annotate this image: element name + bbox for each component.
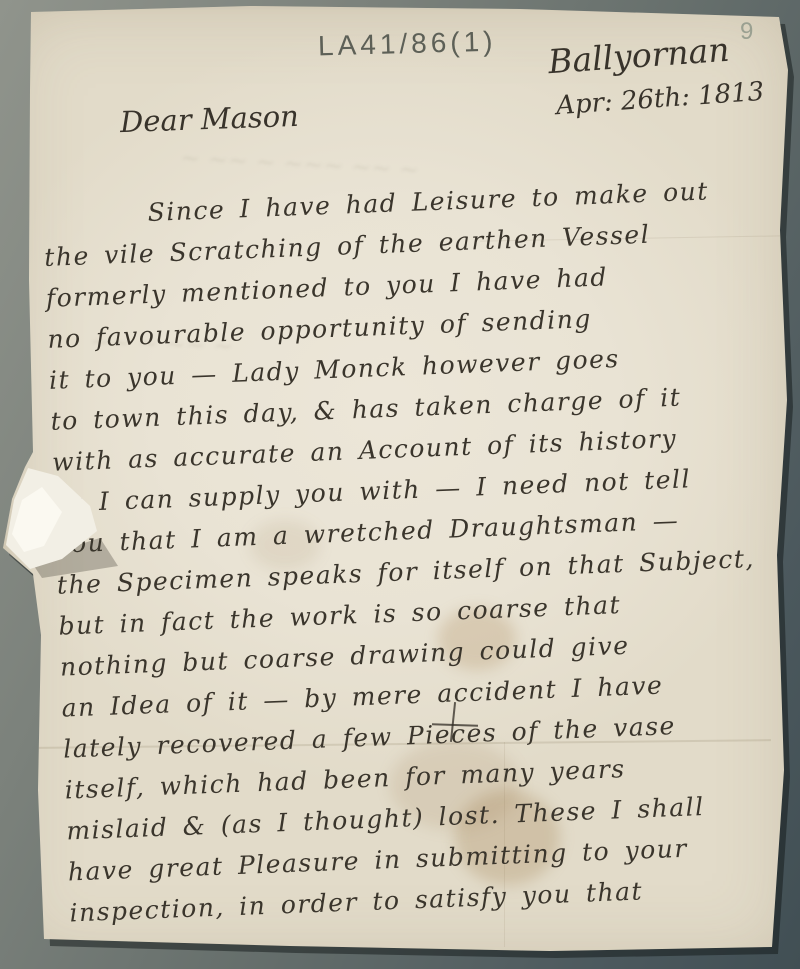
letter-salutation: Dear Mason [119,99,299,139]
archive-reference: LA41/86(1) [318,26,497,63]
ink-showthrough: ~ ~~ ~ ~~~ ~~ ~ [179,144,419,184]
letter-paper: ~ ~~ ~ ~~~ ~~ ~ ~~ ~ ~~ ~ LA41/86(1) 9 B… [0,0,800,969]
page-number: 9 [740,18,753,46]
letter-scan: ~ ~~ ~ ~~~ ~~ ~ ~~ ~ ~~ ~ LA41/86(1) 9 B… [0,0,800,969]
letter-place: Ballyornan [547,30,731,82]
letter-body: Since I have had Leisure to make out the… [42,168,800,934]
letter-date: Apr: 26th: 1813 [555,77,765,121]
